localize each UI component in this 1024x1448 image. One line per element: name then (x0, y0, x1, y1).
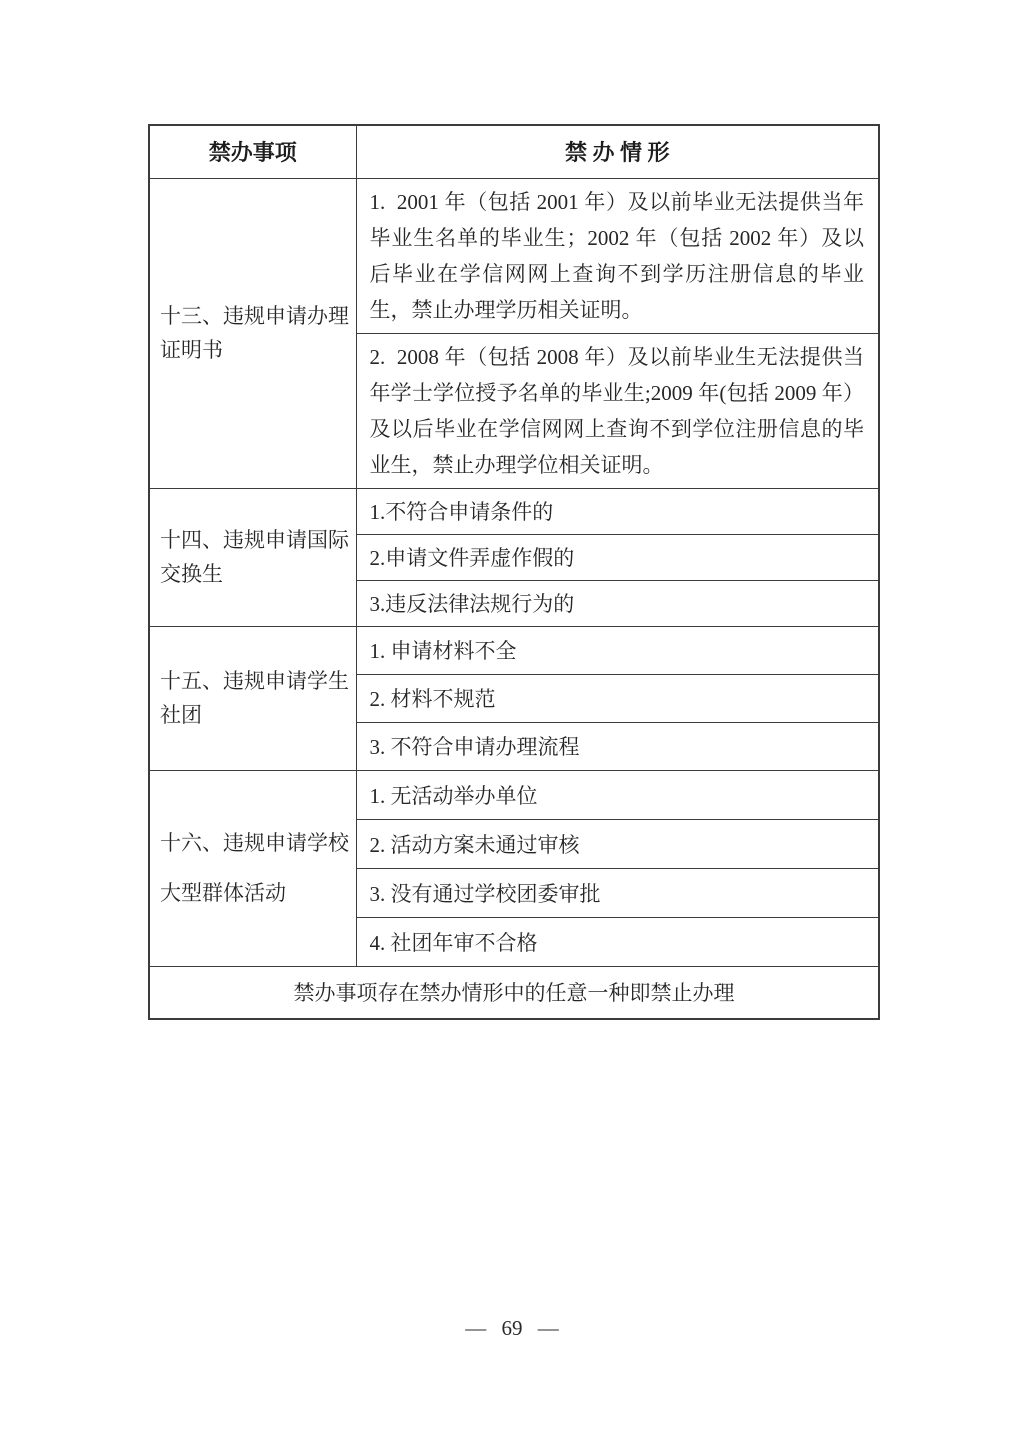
condition-cell-13-1: 1. 2001 年（包括 2001 年）及以前毕业无法提供当年毕业生名单的毕业生… (356, 178, 879, 333)
table-header-row: 禁办事项 禁 办 情 形 (149, 125, 879, 178)
table-footer-note: 禁办事项存在禁办情形中的任意一种即禁止办理 (149, 966, 879, 1019)
column-header-prohibited-items: 禁办事项 (149, 125, 356, 178)
condition-cell-16-1: 1. 无活动举办单位 (356, 770, 879, 819)
item-cell-16: 十六、违规申请学校大型群体活动 (149, 770, 356, 966)
condition-cell-15-2: 2. 材料不规范 (356, 674, 879, 722)
condition-cell-16-4: 4. 社团年审不合格 (356, 917, 879, 966)
item-cell-15: 十五、违规申请学生社团 (149, 626, 356, 770)
table-row: 十五、违规申请学生社团 1. 申请材料不全 (149, 626, 879, 674)
page-number: — 69 — (0, 1316, 1024, 1341)
condition-cell-14-1: 1.不符合申请条件的 (356, 488, 879, 534)
condition-cell-14-3: 3.违反法律法规行为的 (356, 580, 879, 626)
condition-cell-16-2: 2. 活动方案未通过审核 (356, 819, 879, 868)
condition-cell-16-3: 3. 没有通过学校团委审批 (356, 868, 879, 917)
table-row: 十四、违规申请国际交换生 1.不符合申请条件的 (149, 488, 879, 534)
item-cell-14: 十四、违规申请国际交换生 (149, 488, 356, 626)
column-header-prohibited-circumstances: 禁 办 情 形 (356, 125, 879, 178)
item-cell-13: 十三、违规申请办理证明书 (149, 178, 356, 488)
condition-cell-13-2: 2. 2008 年（包括 2008 年）及以前毕业生无法提供当年学士学位授予名单… (356, 333, 879, 488)
table-row: 十三、违规申请办理证明书 1. 2001 年（包括 2001 年）及以前毕业无法… (149, 178, 879, 333)
prohibition-table: 禁办事项 禁 办 情 形 十三、违规申请办理证明书 1. 2001 年（包括 2… (148, 124, 880, 1020)
table-footer-row: 禁办事项存在禁办情形中的任意一种即禁止办理 (149, 966, 879, 1019)
condition-cell-15-3: 3. 不符合申请办理流程 (356, 722, 879, 770)
condition-cell-15-1: 1. 申请材料不全 (356, 626, 879, 674)
table-row: 十六、违规申请学校大型群体活动 1. 无活动举办单位 (149, 770, 879, 819)
condition-cell-14-2: 2.申请文件弄虚作假的 (356, 534, 879, 580)
